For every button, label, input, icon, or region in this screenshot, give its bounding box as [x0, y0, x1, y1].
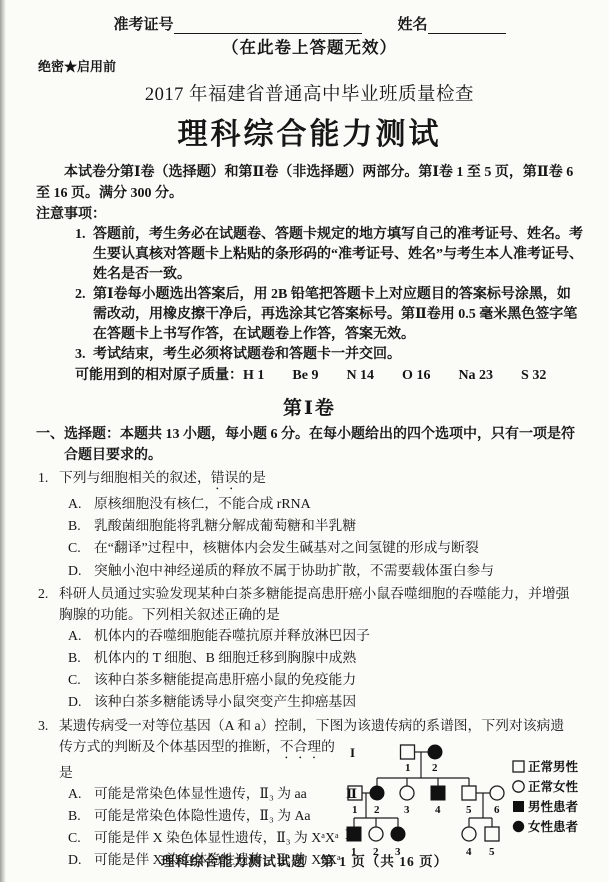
- exam-session-title: 2017 年福建省普通高中毕业班质量检查: [36, 80, 583, 106]
- note-number: 2.: [75, 285, 93, 345]
- pedigree-member-III3-affected-female: [391, 827, 405, 841]
- option-b: B.乳酸菌细胞能将乳糖分解成葡萄糖和半乳糖: [68, 515, 583, 537]
- option-c: C.在“翻译”过程中，核糖体内会发生碱基对之间氢键的形成与断裂: [68, 537, 583, 559]
- option-text: 乳酸菌细胞能将乳糖分解成葡萄糖和半乳糖: [94, 515, 583, 537]
- pedigree-member-II5-normal-male: [462, 786, 476, 800]
- question-number: 2.: [38, 583, 59, 625]
- note-item-2: 2. 第Ⅰ卷每小题选出答案后，用 2B 铅笔把答题卡上对应题目的答案标号涂黑，如…: [75, 285, 583, 345]
- member-number-II3: 3: [404, 804, 410, 816]
- name-blank: [428, 18, 506, 34]
- exam-paper-page-1: 准考证号 姓名 （在此卷上答题无效） 绝密★启用前 2017 年福建省普通高中毕…: [0, 0, 609, 874]
- option-text: 可能是常染色体隐性遗传，Ⅱ₃ 为 Aa: [94, 805, 345, 827]
- pedigree-member-I1-normal-male: [401, 745, 415, 759]
- pedigree-diagram: I Ⅱ Ⅲ: [345, 738, 583, 868]
- legend-affected-female-label: 女性患者: [528, 819, 579, 834]
- exam-subject-title: 理科综合能力测试: [36, 109, 583, 153]
- option-label: D.: [68, 691, 94, 713]
- option-b: B.可能是常染色体隐性遗传，Ⅱ₃ 为 Aa: [68, 805, 345, 827]
- legend-normal-male-label: 正常男性: [528, 759, 579, 774]
- option-c: C.该种白茶多糖能提高患肝癌小鼠的免疫能力: [68, 669, 583, 691]
- option-label: C.: [68, 827, 94, 849]
- option-c: C.可能是伴 X 染色体显性遗传，Ⅱ₃ 为 XᵃXᵃ: [68, 827, 345, 849]
- secrecy-label: 绝密★启用前: [38, 56, 583, 75]
- option-text: 机体内的 T 细胞、B 细胞迁移到胸腺中成熟: [94, 647, 583, 669]
- options-list: A.机体内的吞噬细胞能吞噬抗原并释放淋巴因子 B.机体内的 T 细胞、B 细胞迁…: [68, 625, 583, 714]
- option-label: B.: [68, 805, 94, 827]
- question-2-stem-row: 2. 科研人员通过实验发现某种白茶多糖能提高患肝癌小鼠吞噬细胞的吞噬能力，并增强…: [36, 583, 583, 625]
- option-text: 可能是常染色体显性遗传，Ⅱ₃ 为 aa: [94, 783, 345, 805]
- member-number-II6: 6: [494, 804, 500, 816]
- member-number-II4: 4: [435, 804, 441, 816]
- exam-number-label: 准考证号: [113, 13, 173, 34]
- question-1: 1. 下列与细胞相关的叙述，错误的是 A.原核细胞没有核仁，不能合成 rRNA …: [36, 467, 583, 582]
- pedigree-member-II4-affected-male: [431, 786, 445, 800]
- spacer: [38, 625, 59, 714]
- option-b: B.机体内的 T 细胞、B 细胞迁移到胸腺中成熟: [68, 647, 583, 669]
- note-text: 考试结束，考生必须将试题卷和答题卡一并交回。: [93, 345, 583, 365]
- option-d: D.突触小泡中神经递质的释放不属于协助扩散，不需要载体蛋白参与: [68, 560, 583, 582]
- member-number-II2: 2: [374, 804, 380, 816]
- pedigree-member-III2-normal-female: [369, 827, 383, 841]
- option-text: 该种白茶多糖能提高患肝癌小鼠的免疫能力: [94, 669, 583, 691]
- stem-line-2: 传方式的判断及个体基因型的推断，不合理的是: [59, 736, 345, 783]
- legend-affected-female-icon: [513, 820, 524, 831]
- legend-affected-male-label: 男性患者: [528, 799, 579, 814]
- stem-emphasized-text: 不合理: [280, 739, 321, 754]
- option-label: B.: [68, 647, 94, 669]
- option-a: A.可能是常染色体显性遗传，Ⅱ₃ 为 aa: [68, 783, 345, 805]
- question-2-options-row: A.机体内的吞噬细胞能吞噬抗原并释放淋巴因子 B.机体内的 T 细胞、B 细胞迁…: [36, 625, 583, 714]
- option-label: A.: [68, 493, 94, 515]
- stem-line-1: 某遗传病受一对等位基因（A 和 a）控制，下图为该遗传病的系谱图，下列对该病遗: [59, 715, 583, 736]
- name-label: 姓名: [398, 13, 428, 34]
- note-text: 答题前，考生务必在试题卷、答题卡规定的地方填写自己的准考证号、姓名。考生要认真核…: [93, 225, 583, 285]
- option-text: 该种白茶多糖能诱导小鼠突变产生抑癌基因: [94, 691, 583, 713]
- pedigree-legend: 正常男性 正常女性 男性患者 女性患者: [513, 759, 579, 834]
- stem-text: 传方式的判断及个体基因型的推断，: [59, 739, 280, 754]
- legend-affected-male-icon: [513, 801, 524, 812]
- pedigree-member-III4-normal-female: [462, 827, 476, 841]
- exam-number-blank: [174, 18, 362, 34]
- note-number: 1.: [75, 225, 93, 285]
- option-label: A.: [68, 783, 94, 805]
- note-item-1: 1. 答题前，考生务必在试题卷、答题卡规定的地方填写自己的准考证号、姓名。考生要…: [75, 225, 583, 285]
- option-label: C.: [68, 537, 94, 559]
- generation-label-1: I: [350, 745, 355, 760]
- notes-title: 注意事项：: [36, 204, 583, 225]
- question-stem: 科研人员通过实验发现某种白茶多糖能提高患肝癌小鼠吞噬细胞的吞噬能力，并增强胸腺的…: [59, 583, 583, 625]
- legend-normal-female-label: 正常女性: [528, 779, 579, 794]
- spacer: [38, 493, 59, 582]
- notes-list: 1. 答题前，考生务必在试题卷、答题卡规定的地方填写自己的准考证号、姓名。考生要…: [75, 225, 583, 365]
- options-list: A.原核细胞没有核仁，不能合成 rRNA B.乳酸菌细胞能将乳糖分解成葡萄糖和半…: [68, 493, 583, 582]
- footer-page-info: 理科综合能力测试试题 第 1 页（共 16 页）: [0, 850, 609, 870]
- question-1-stem-row: 1. 下列与细胞相关的叙述，错误的是: [36, 467, 583, 493]
- option-label: C.: [68, 669, 94, 691]
- option-a: A.机体内的吞噬细胞能吞噬抗原并释放淋巴因子: [68, 625, 583, 647]
- question-stem: 下列与细胞相关的叙述，错误的是: [59, 467, 583, 493]
- stem-emphasized-text: 错误: [211, 470, 239, 485]
- option-label: A.: [68, 625, 94, 647]
- intro-paragraph: 本试卷分第Ⅰ卷（选择题）和第Ⅱ卷（非选择题）两部分。第Ⅰ卷 1 至 5 页，第Ⅱ…: [36, 162, 583, 204]
- legend-normal-male-icon: [513, 761, 524, 772]
- candidate-info-row: 准考证号 姓名: [36, 14, 583, 34]
- option-text: 突触小泡中神经递质的释放不属于协助扩散，不需要载体蛋白参与: [94, 560, 583, 582]
- pedigree-member-III5-normal-male: [485, 827, 499, 841]
- part1-heading: 第Ⅰ卷: [36, 393, 583, 421]
- atomic-mass-line: 可能用到的相对原子质量：H 1 Be 9 N 14 O 16 Na 23 S 3…: [75, 365, 583, 386]
- stem-text: 下列与细胞相关的叙述，: [59, 470, 211, 485]
- question-1-options-row: A.原核细胞没有核仁，不能合成 rRNA B.乳酸菌细胞能将乳糖分解成葡萄糖和半…: [36, 493, 583, 582]
- note-item-3: 3. 考试结束，考生必须将试题卷和答题卡一并交回。: [75, 345, 583, 365]
- answer-invalid-notice: （在此卷上答题无效）: [36, 34, 583, 56]
- pedigree-member-II2-affected-female: [370, 786, 384, 800]
- option-label: D.: [68, 560, 94, 582]
- pedigree-member-II3-normal-female: [400, 786, 414, 800]
- option-text: 原核细胞没有核仁，不能合成 rRNA: [94, 493, 583, 515]
- pedigree-member-I2-affected-female: [428, 745, 442, 759]
- member-number-II1: 1: [352, 804, 358, 816]
- option-d: D.该种白茶多糖能诱导小鼠突变产生抑癌基因: [68, 691, 583, 713]
- question-2: 2. 科研人员通过实验发现某种白茶多糖能提高患肝癌小鼠吞噬细胞的吞噬能力，并增强…: [36, 583, 583, 714]
- option-a: A.原核细胞没有核仁，不能合成 rRNA: [68, 493, 583, 515]
- note-number: 3.: [75, 345, 93, 365]
- option-text: 可能是伴 X 染色体显性遗传，Ⅱ₃ 为 XᵃXᵃ: [94, 827, 345, 849]
- option-label: B.: [68, 515, 94, 537]
- option-text: 在“翻译”过程中，核糖体内会发生碱基对之间氢键的形成与断裂: [94, 537, 583, 559]
- note-text: 第Ⅰ卷每小题选出答案后，用 2B 铅笔把答题卡上对应题目的答案标号涂黑，如需改动…: [93, 285, 583, 345]
- question-number: 1.: [38, 467, 59, 493]
- section1-heading: 一、选择题：本题共 13 小题，每小题 6 分。在每小题给出的四个选项中，只有一…: [36, 424, 583, 466]
- member-number-I2: 2: [432, 762, 438, 774]
- member-number-I1: 1: [405, 762, 411, 774]
- option-text: 机体内的吞噬细胞能吞噬抗原并释放淋巴因子: [94, 625, 583, 647]
- stem-text: 的是: [238, 470, 266, 485]
- pedigree-member-III1-affected-male: [347, 827, 361, 841]
- member-number-II5: 5: [466, 804, 472, 816]
- legend-normal-female-icon: [513, 780, 524, 791]
- pedigree-member-II6-normal-female: [490, 786, 504, 800]
